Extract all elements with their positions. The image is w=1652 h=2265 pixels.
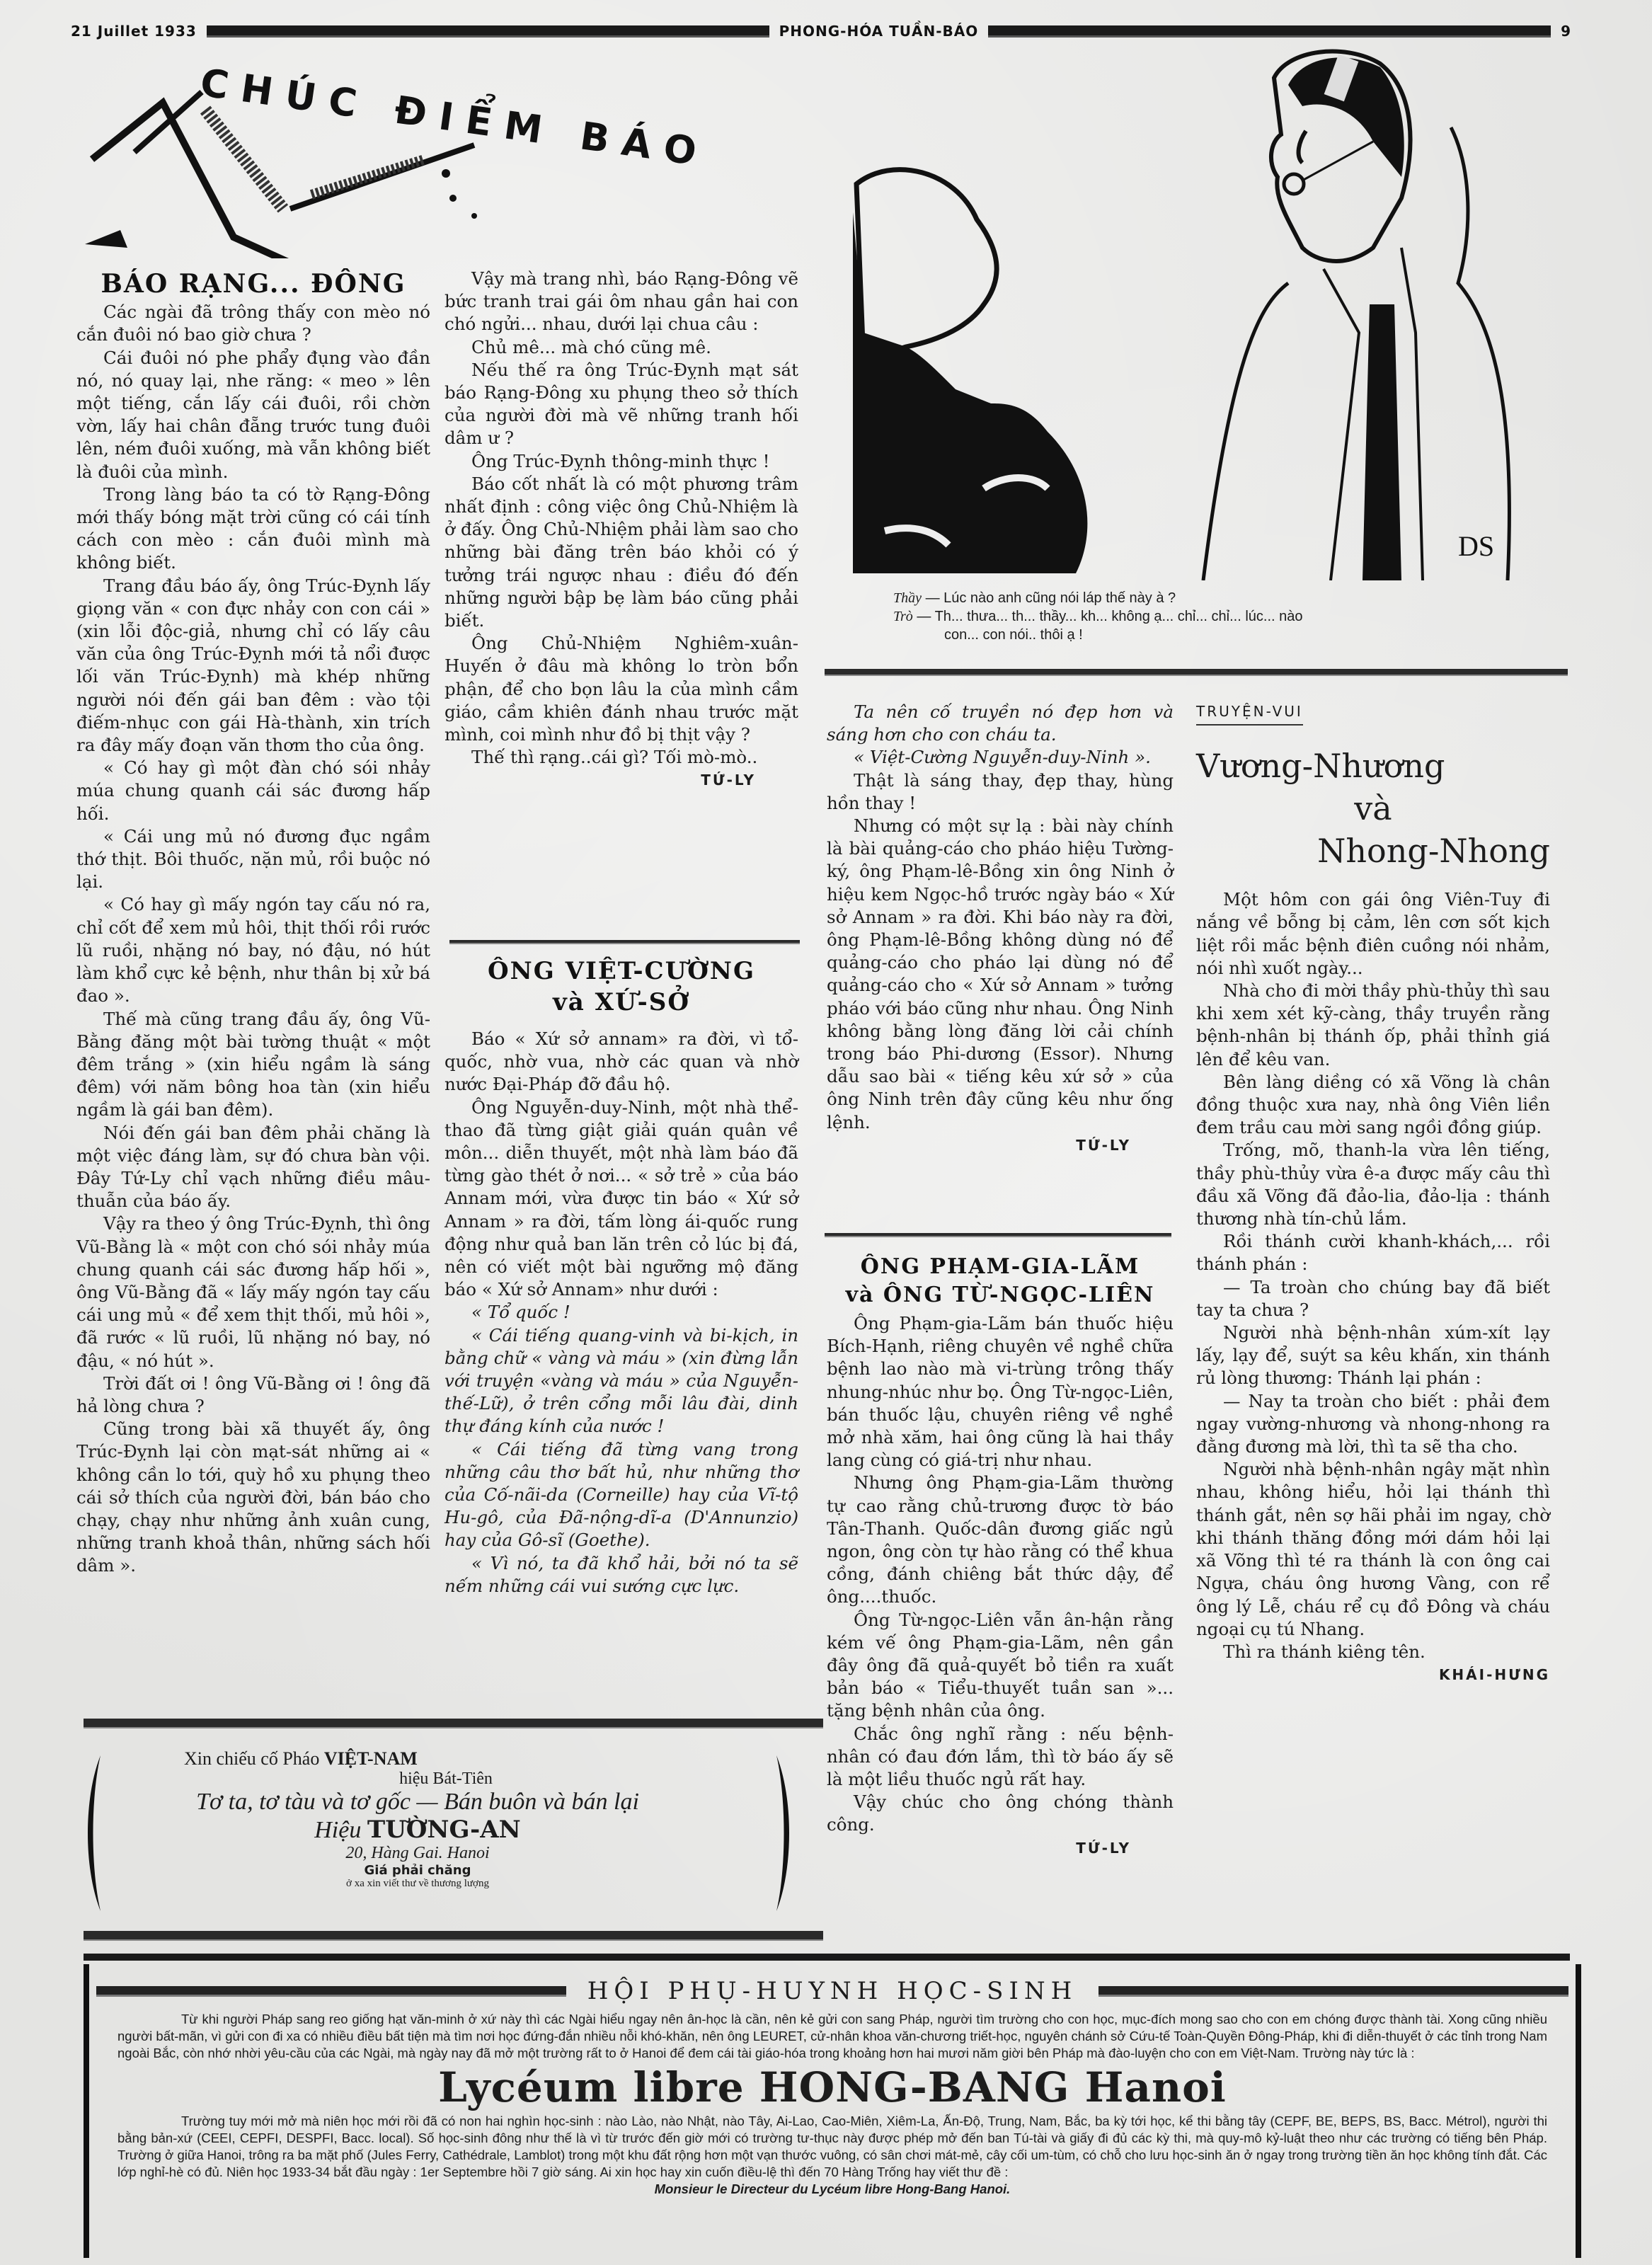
paragraph: Bên làng diềng có xã Võng là chân đồng t…	[1196, 1071, 1550, 1140]
ad-address: Monsieur le Directeur du Lycéum libre Ho…	[117, 2181, 1547, 2198]
right-bracket-icon	[775, 1755, 793, 1911]
ad-line: Tơ ta, tơ tàu và tơ gốc — Bán buôn và bá…	[85, 1789, 750, 1816]
quote-paragraph: « Cái tiếng đã từng vang trong những câu…	[444, 1438, 798, 1552]
cartoon-teacher-student: DS	[835, 35, 1585, 580]
paragraph: Thật là sáng thay, đẹp thay, hùng hồn th…	[827, 769, 1174, 815]
advertisement-lyceum-hong-bang: HỘI PHỤ-HUYNH HỌC-SINH Từ khi người Pháp…	[84, 1964, 1581, 2258]
ad-body: Từ khi người Pháp sang reo giống hạt văn…	[117, 2011, 1547, 2198]
paragraph: Ông Chủ-Nhiệm Nghiêm-xuân-Huyến ở đâu mà…	[444, 632, 798, 746]
paragraph: « Cái ung mủ nó đương đục ngầm thớ thịt.…	[76, 825, 430, 894]
section-divider	[825, 669, 1568, 676]
ad-line: Hiệu TƯỜNG-AN	[85, 1816, 750, 1844]
ad-brand: VIỆT-NAM	[324, 1748, 418, 1769]
article-title-line1: ÔNG PHẠM-GIA-LÃM	[827, 1253, 1174, 1281]
section-divider	[825, 1233, 1171, 1237]
caption-line-2: Trò — Th... thưa... th... thầy... kh... …	[893, 607, 1566, 626]
article-truyen-vui: TRUYỆN-VUI Vương-Nhương và Nhong-Nhong M…	[1196, 699, 1550, 1686]
ad-line: hiệu Bát-Tiên	[85, 1770, 750, 1789]
section-label: TRUYỆN-VUI	[1196, 700, 1303, 726]
caption-line-1: Thầy — Lúc nào anh cũng nói láp thế này …	[893, 589, 1566, 607]
chuc-diem-bao-logo: CHÚC ĐIỂM BÁO	[78, 67, 807, 258]
article-title-line1: ÔNG VIỆT-CƯỜNG	[444, 956, 798, 987]
paragraph: Nếu thế ra ông Trúc-Đỵnh mạt sát báo Rạn…	[444, 359, 798, 450]
paragraph: Nhưng ông Phạm-gia-Lãm thường tự cao rằn…	[827, 1472, 1174, 1608]
school-name: Lycéum libre HONG-BANG Hanoi	[117, 2065, 1547, 2110]
ad-price-note: Giá phải chăng	[85, 1863, 750, 1878]
paragraph: « Có hay gì một đàn chó sói nhảy múa chu…	[76, 757, 430, 825]
article-bao-rang-dong-col1: BÁO RẠNG... ĐÔNG Các ngài đã trông thấy …	[76, 273, 430, 1578]
quote-paragraph: « Cái tiếng quang-vinh và bi-kịch, in bằ…	[444, 1324, 798, 1438]
paragraph: Báo « Xứ sở annam» ra đời, vì tổ-quốc, n…	[444, 1028, 798, 1096]
article-bao-rang-dong-col2: Vậy mà trang nhì, báo Rạng-Đông vẽ bức t…	[444, 268, 798, 792]
ad-heading: HỘI PHỤ-HUYNH HỌC-SINH	[587, 1977, 1078, 2005]
ad-address: 20, Hàng Gai. Hanoi	[85, 1844, 750, 1863]
paragraph: — Ta troàn cho chúng bay đã biết tay ta …	[1196, 1276, 1550, 1321]
ad-text: Hiệu	[314, 1817, 361, 1843]
paragraph: Vậy ra theo ý ông Trúc-Đỵnh, thì ông Vũ-…	[76, 1212, 430, 1372]
ad-top-rule	[84, 1954, 1570, 1961]
ad-details: Trường tuy mới mở mà niên học mới rồi đã…	[117, 2113, 1547, 2181]
paragraph: Vậy mà trang nhì, báo Rạng-Đông vẽ bức t…	[444, 268, 798, 336]
paragraph: Trống, mõ, thanh-la vừa lên tiếng, thầy …	[1196, 1139, 1550, 1230]
cartoon-caption: Thầy — Lúc nào anh cũng nói láp thế này …	[893, 589, 1566, 644]
story-title-line1: Vương-Nhương	[1196, 744, 1550, 788]
issue-date: 21 Juillet 1933	[71, 23, 197, 40]
cartoon-signature: DS	[1458, 530, 1494, 562]
ad-brand: TƯỜNG-AN	[367, 1816, 521, 1844]
article-title: BÁO RẠNG... ĐÔNG	[76, 273, 430, 295]
decorative-rule	[1099, 1986, 1568, 1997]
paragraph: Các ngài đã trông thấy con mèo nó cắn đu…	[76, 301, 430, 346]
paragraph: Rồi thánh cười khanh-khách,... rồi thánh…	[1196, 1230, 1550, 1275]
ad-intro: Từ khi người Pháp sang reo giống hạt văn…	[117, 2011, 1547, 2062]
paragraph: Chắc ông nghĩ rằng : nếu bệnh-nhân có đa…	[827, 1723, 1174, 1791]
quote-paragraph: Ta nên cố truyền nó đẹp hơn và sáng hơn …	[827, 701, 1174, 746]
article-viet-cuong: ÔNG VIỆT-CƯỜNG và XỨ-SỞ Báo « Xứ sở anna…	[444, 956, 798, 1598]
author-signature: TỨ-LY	[444, 769, 798, 791]
section-divider	[449, 940, 800, 944]
masthead-rule	[207, 25, 769, 38]
caption-speaker-teacher: Thầy	[893, 590, 922, 606]
article-title-line2: và XỨ-SỞ	[444, 987, 798, 1018]
paragraph: — Nay ta troàn cho biết : phải đem ngay …	[1196, 1390, 1550, 1459]
paragraph: Cũng trong bài xã thuyết ấy, ông Trúc-Đỵ…	[76, 1418, 430, 1577]
cartoon-illustration-icon: DS	[835, 35, 1585, 580]
caption-speaker-student: Trò	[893, 609, 913, 624]
paragraph: Ông Nguyễn-duy-Ninh, một nhà thể-thao đã…	[444, 1096, 798, 1302]
article-viet-cuong-continued: Ta nên cố truyền nó đẹp hơn và sáng hơn …	[827, 701, 1174, 1157]
paragraph: Nhà cho đi mời thầy phù-thủy thì sau khi…	[1196, 980, 1550, 1071]
paragraph: Trời đất ơi ! ông Vũ-Bằng ơi ! ông đã hả…	[76, 1372, 430, 1418]
paragraph: Nhưng có một sự lạ : bài này chính là bà…	[827, 815, 1174, 1134]
caption-text: — Th... thưa... th... thầy... kh... khôn…	[917, 609, 1302, 624]
advertisement-tuong-an: Xin chiếu cố Pháo VIỆT-NAM hiệu Bát-Tiên…	[85, 1748, 750, 1925]
author-signature: KHÁI-HƯNG	[1196, 1663, 1550, 1686]
paragraph: Thế mà cũng trang đầu ấy, ông Vũ-Bằng đă…	[76, 1008, 430, 1122]
paragraph: Ông Từ-ngọc-Liên vẫn ân-hận rằng kém vế …	[827, 1609, 1174, 1723]
ad-line: Xin chiếu cố Pháo VIỆT-NAM	[85, 1748, 750, 1770]
paragraph: Ông Phạm-gia-Lãm bán thuốc hiệu Bích-Hạn…	[827, 1312, 1174, 1472]
article-title-line2: và ÔNG TỪ-NGỌC-LIÊN	[827, 1281, 1174, 1309]
paragraph: « Có hay gì mấy ngón tay cấu nó ra, chỉ …	[76, 893, 430, 1007]
story-title-line2: và	[1196, 788, 1550, 829]
quote-paragraph: « Tổ quốc !	[444, 1301, 798, 1324]
caption-text: — Lúc nào anh cũng nói láp thế này à ?	[926, 590, 1176, 606]
story-title-line3: Nhong-Nhong	[1196, 829, 1550, 873]
paragraph: Trong làng báo ta có tờ Rạng-Đông mới th…	[76, 483, 430, 575]
paragraph: Ông Trúc-Đỵnh thông-minh thực !	[444, 450, 798, 473]
paragraph: Vậy chúc cho ông chóng thành công.	[827, 1791, 1174, 1836]
ad-contact-note: ở xa xin viết thư về thương lượng	[85, 1878, 750, 1890]
paragraph: Trang đầu báo ấy, ông Trúc-Đỵnh lấy giọn…	[76, 575, 430, 757]
ad-text: Xin chiếu cố Pháo	[184, 1748, 319, 1769]
paragraph: Báo cốt nhất là có một phương trâm nhất …	[444, 473, 798, 632]
paragraph: Cái đuôi nó phe phẩy đụng vào đần nó, nó…	[76, 347, 430, 483]
ad-top-rule	[84, 1719, 823, 1728]
paragraph: Thì ra thánh kiêng tên.	[1196, 1641, 1550, 1663]
paragraph: Người nhà bệnh-nhân xúm-xít lạy lấy, lạy…	[1196, 1321, 1550, 1390]
author-signature: TỨ-LY	[827, 1134, 1174, 1157]
ad-bottom-rule	[84, 1931, 823, 1941]
ad-heading-row: HỘI PHỤ-HUYNH HỌC-SINH	[96, 1977, 1568, 2005]
paragraph: Thế thì rạng..cái gì? Tối mò-mò..	[444, 746, 798, 769]
paragraph: Chủ mê... mà chó cũng mê.	[444, 336, 798, 359]
caption-line-3: con... con nói.. thôi ạ !	[893, 626, 1566, 644]
paragraph: Một hôm con gái ông Viên-Tuy đi nắng về …	[1196, 888, 1550, 980]
article-pham-gia-lam: ÔNG PHẠM-GIA-LÃM và ÔNG TỪ-NGỌC-LIÊN Ông…	[827, 1253, 1174, 1859]
paragraph: Nói đến gái ban đêm phải chăng là một vi…	[76, 1122, 430, 1213]
author-signature: TỨ-LY	[827, 1837, 1174, 1859]
decorative-rule	[96, 1986, 566, 1997]
quote-signature: « Việt-Cường Nguyễn-duy-Ninh ».	[827, 746, 1174, 769]
paragraph: Người nhà bệnh-nhân ngây mặt nhìn nhau, …	[1196, 1458, 1550, 1641]
quote-paragraph: « Vì nó, ta đã khổ hải, bởi nó ta sẽ nếm…	[444, 1552, 798, 1598]
